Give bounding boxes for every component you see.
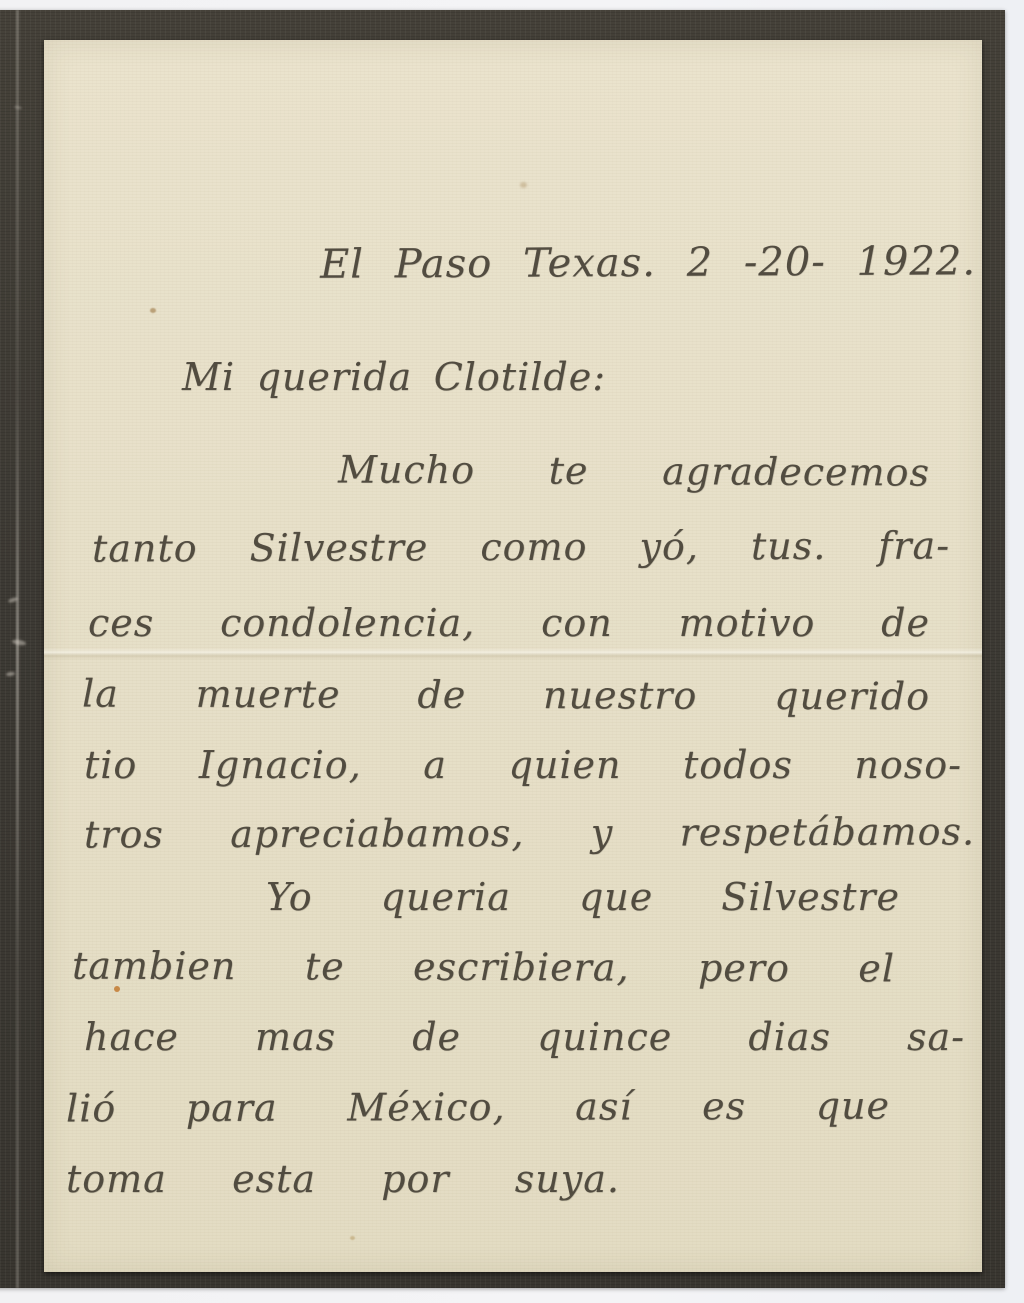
letter-line: toma esta por suya. xyxy=(66,1158,620,1202)
scanner-background: El Paso Texas. 2 -20- 1922. Mi querida C… xyxy=(0,0,1024,1303)
letter-line: Yo queria que Silvestre xyxy=(266,876,900,920)
letter-line: tanto Silvestre como yó, tus. fra- xyxy=(92,525,950,572)
dateline: El Paso Texas. 2 -20- 1922. xyxy=(320,238,976,287)
scuff-mark xyxy=(6,671,15,676)
letter-line: tambien te escribiera, pero el xyxy=(72,945,895,992)
scuff-mark xyxy=(12,639,27,646)
letter-line: tros apreciabamos, y respetábamos. xyxy=(84,810,975,857)
horizontal-fold-crease xyxy=(44,648,982,660)
dark-cover: El Paso Texas. 2 -20- 1922. Mi querida C… xyxy=(0,10,1005,1288)
letter-line: tio Ignacio, a quien todos noso- xyxy=(84,744,962,788)
foxing-spot xyxy=(350,1236,355,1240)
salutation: Mi querida Clotilde: xyxy=(182,356,606,400)
letter-line: lió para México, así es que xyxy=(66,1085,890,1132)
left-fold-crease xyxy=(16,10,19,1288)
letter-line: la muerte de nuestro querido xyxy=(82,673,930,720)
foxing-spot xyxy=(150,308,156,313)
foxing-spot xyxy=(520,182,527,188)
letter-line: ces condolencia, con motivo de xyxy=(88,602,930,646)
letter-page: El Paso Texas. 2 -20- 1922. Mi querida C… xyxy=(44,40,982,1272)
letter-line: hace mas de quince dias sa- xyxy=(84,1016,965,1060)
letter-line: Mucho te agradecemos xyxy=(338,448,930,495)
